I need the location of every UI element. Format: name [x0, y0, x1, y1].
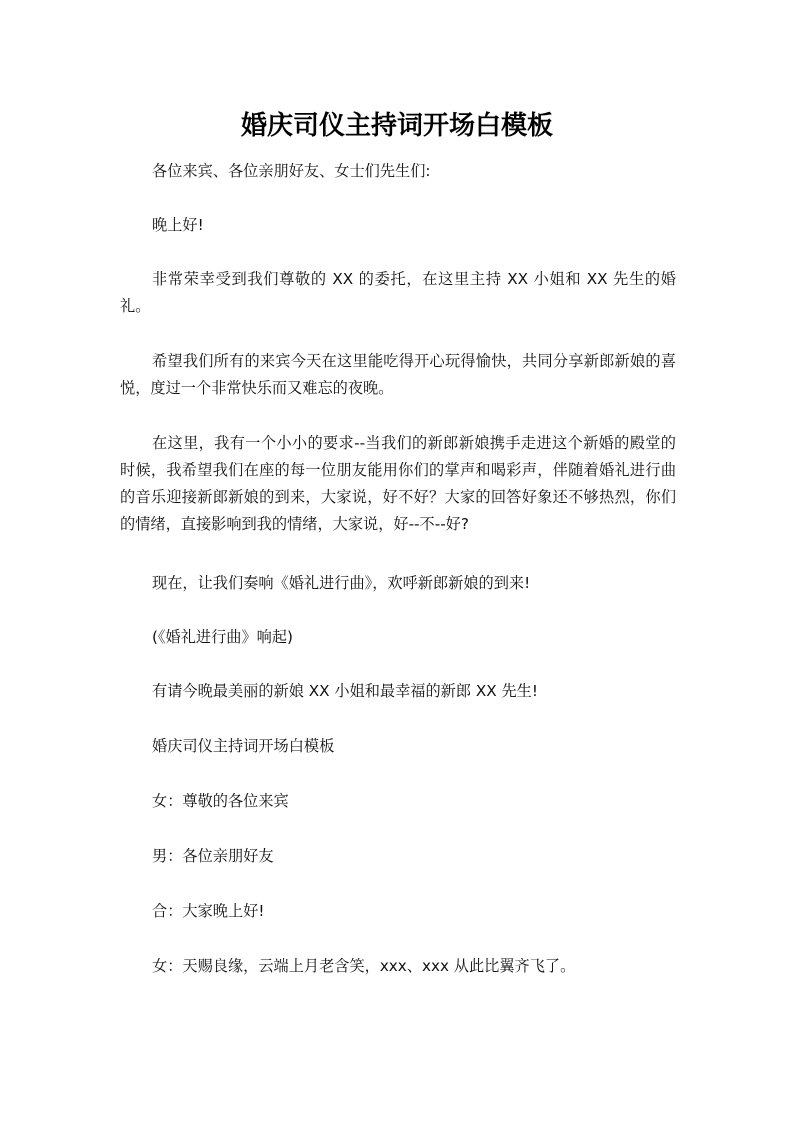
paragraph-male-1: 男：各位亲朋好友 — [120, 843, 676, 870]
paragraph-march-plays: (《婚礼进行曲》响起) — [120, 624, 676, 651]
document-title: 婚庆司仪主持词开场白模板 — [0, 106, 794, 146]
paragraph-subtitle: 婚庆司仪主持词开场白模板 — [120, 733, 676, 760]
paragraph-invite-couple: 有请今晚最美丽的新娘 XX 小姐和最幸福的新郎 XX 先生! — [120, 678, 676, 705]
paragraph-female-2: 女：天赐良缘，云端上月老含笑，xxx、xxx 从此比翼齐飞了。 — [120, 953, 676, 980]
paragraph-female-1: 女：尊敬的各位来宾 — [120, 788, 676, 815]
paragraph-greeting: 各位来宾、各位亲朋好友、女士们先生们: — [120, 158, 676, 185]
paragraph-honor: 非常荣幸受到我们尊敬的 XX 的委托，在这里主持 XX 小姐和 XX 先生的婚礼… — [120, 266, 676, 320]
paragraph-play-march: 现在，让我们奏响《婚礼进行曲》，欢呼新郎新娘的到来! — [120, 570, 676, 597]
document-page: 婚庆司仪主持词开场白模板 各位来宾、各位亲朋好友、女士们先生们: 晚上好! 非常… — [0, 0, 794, 1123]
paragraph-request: 在这里，我有一个小小的要求--当我们的新郎新娘携手走进这个新婚的殿堂的时候，我希… — [120, 430, 676, 538]
paragraph-hope: 希望我们所有的来宾今天在这里能吃得开心玩得愉快，共同分享新郎新娘的喜悦，度过一个… — [120, 348, 676, 402]
paragraph-good-evening: 晚上好! — [120, 212, 676, 239]
paragraph-together-1: 合：大家晚上好! — [120, 898, 676, 925]
